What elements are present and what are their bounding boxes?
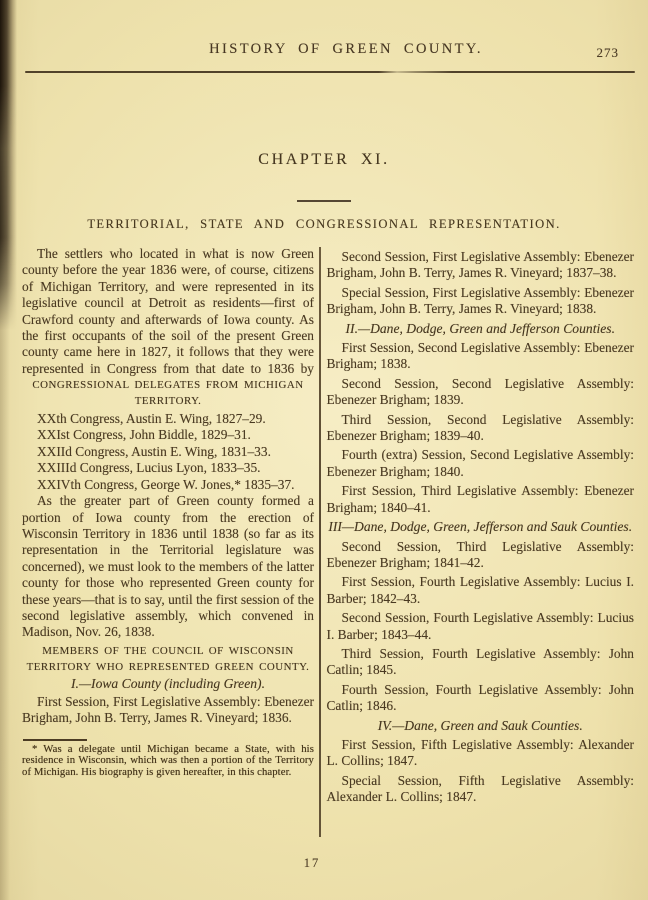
session-entry: Third Session, Second Legislative Assemb…: [327, 412, 635, 445]
session-entry: Second Session, First Legislative Assemb…: [327, 249, 635, 282]
session-entry: Second Session, Third Legislative Assemb…: [327, 539, 635, 572]
text-columns: The settlers who located in what is now …: [22, 246, 634, 837]
footnote: * Was a delegate until Michigan became a…: [22, 744, 314, 779]
header-rule: [25, 71, 635, 73]
session-entry: First Session, Second Legislative Assemb…: [327, 340, 635, 373]
session-entry: First Session, Third Legislative Assembl…: [327, 483, 635, 516]
right-column: Second Session, First Legislative Assemb…: [327, 246, 635, 837]
chapter-subtitle: TERRITORIAL, STATE AND CONGRESSIONAL REP…: [0, 217, 648, 232]
session-entry: Fourth Session, Fourth Legislative Assem…: [327, 682, 635, 715]
session-entry: Special Session, Fifth Legislative Assem…: [327, 773, 635, 806]
council-members-heading: MEMBERS OF THE COUNCIL OF WISCONSIN TERR…: [22, 643, 314, 675]
session-entry: First Session, Fourth Legislative Assemb…: [327, 574, 635, 607]
book-page: HISTORY OF GREEN COUNTY. 273 CHAPTER XI.…: [0, 0, 648, 900]
session-entry: Special Session, First Legislative Assem…: [327, 285, 635, 318]
session-entry: Second Session, Second Legislative Assem…: [327, 376, 635, 409]
running-head: HISTORY OF GREEN COUNTY. 273: [25, 41, 635, 63]
congress-list-item: XXIId Congress, Austin E. Wing, 1831–33.: [22, 444, 314, 461]
column-divider-rule: [319, 247, 321, 837]
section-2-heading: II.—Dane, Dodge, Green and Jefferson Cou…: [327, 321, 635, 337]
session-entry: First Session, Fifth Legislative Assembl…: [327, 737, 635, 770]
section-3-heading: III—Dane, Dodge, Green, Jefferson and Sa…: [327, 519, 635, 535]
intro-paragraph: The settlers who located in what is now …: [22, 246, 314, 377]
section-1-entry: First Session, First Legislative Assembl…: [22, 694, 314, 727]
iowa-county-paragraph: As the greater part of Green county form…: [22, 493, 314, 641]
section-1-heading: I.—Iowa County (including Green).: [22, 676, 314, 692]
session-entry: Second Session, Fourth Legislative Assem…: [327, 610, 635, 643]
delegates-heading: CONGRESSIONAL DELEGATES FROM MICHIGAN TE…: [22, 377, 314, 409]
section-4-heading: IV.—Dane, Green and Sauk Counties.: [327, 718, 635, 734]
congress-list-item: XXIst Congress, John Biddle, 1829–31.: [22, 427, 314, 444]
left-column: The settlers who located in what is now …: [22, 246, 314, 837]
running-title: HISTORY OF GREEN COUNTY.: [209, 41, 483, 58]
footnote-rule: [23, 739, 87, 740]
session-entry: Fourth (extra) Session, Second Legislati…: [327, 447, 635, 480]
signature-number: 17: [0, 856, 636, 871]
chapter-title: CHAPTER XI.: [0, 151, 648, 169]
congress-list-item: XXIIId Congress, Lucius Lyon, 1833–35.: [22, 460, 314, 477]
congress-list-item: XXIVth Congress, George W. Jones,* 1835–…: [22, 477, 314, 494]
chapter-divider-rule: [297, 200, 351, 202]
session-entry: Third Session, Fourth Legislative Assemb…: [327, 646, 635, 679]
congress-list-item: XXth Congress, Austin E. Wing, 1827–29.: [22, 411, 314, 428]
page-number: 273: [597, 45, 620, 61]
